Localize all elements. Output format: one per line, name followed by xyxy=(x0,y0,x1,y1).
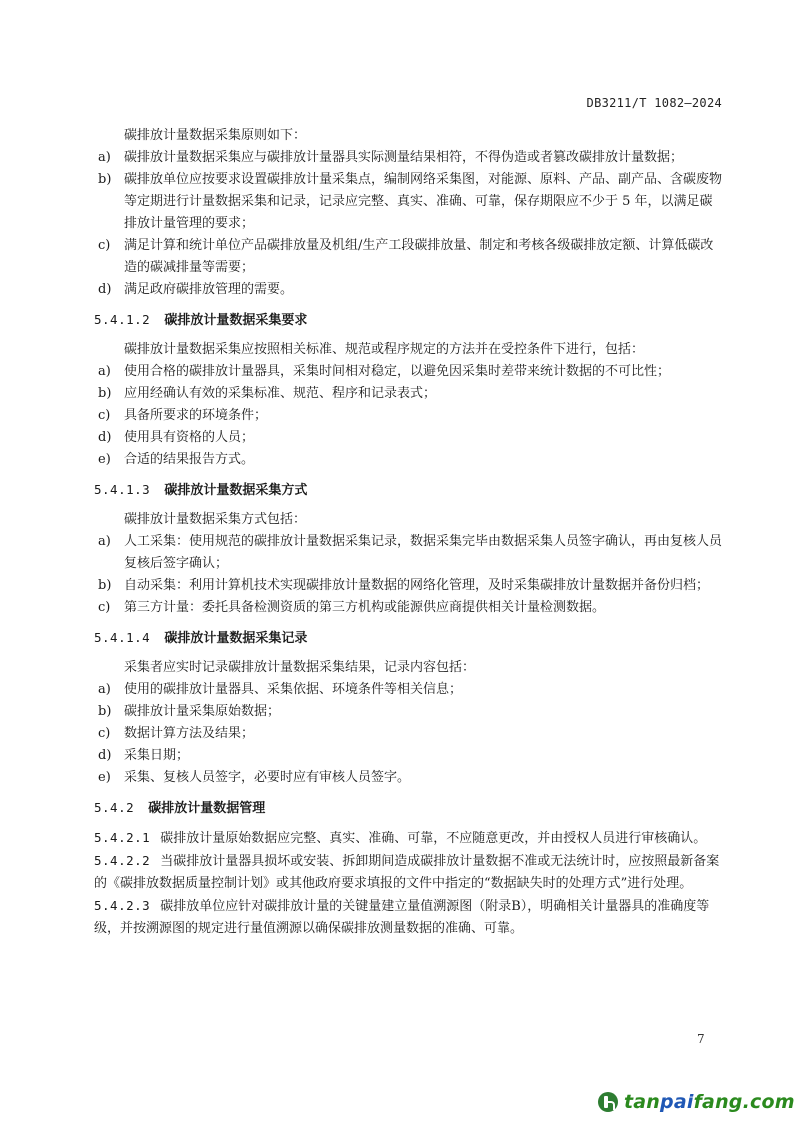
clause-text: 碳排放计量原始数据应完整、真实、准确、可靠，不应随意更改，并由授权人员进行审核确… xyxy=(160,831,706,846)
list-item: e) 合适的结果报告方式。 xyxy=(98,449,724,471)
list-marker: a) xyxy=(98,361,124,383)
list-marker: a) xyxy=(98,531,124,553)
list-marker: d) xyxy=(98,279,124,301)
section-heading-5-4-1-4: 5.4.1.4 碳排放计量数据采集记录 xyxy=(94,628,724,649)
section-number: 5.4.1.4 xyxy=(94,630,150,645)
section-paragraph: 采集者应实时记录碳排放计量数据采集结果，记录内容包括： xyxy=(98,657,724,679)
list-marker: d) xyxy=(98,745,124,767)
list-item: e) 采集、复核人员签字，必要时应有审核人员签字。 xyxy=(98,767,724,789)
watermark-logo: tanpaifang.com xyxy=(598,1091,794,1113)
section-number: 5.4.1.3 xyxy=(94,482,150,497)
watermark-text: tanpaifang.com xyxy=(624,1091,794,1113)
list-marker: e) xyxy=(98,449,124,471)
list-item: d) 满足政府碳排放管理的需要。 xyxy=(98,279,724,301)
list-marker: c) xyxy=(98,723,124,745)
section-title: 碳排放计量数据采集要求 xyxy=(164,313,307,328)
section-heading-5-4-1-2: 5.4.1.2 碳排放计量数据采集要求 xyxy=(94,310,724,331)
list-text: 人工采集：使用规范的碳排放计量数据采集记录，数据采集完毕由数据采集人员签字确认，… xyxy=(124,534,722,571)
list-item: a) 使用合格的碳排放计量器具，采集时间相对稳定，以避免因采集时差带来统计数据的… xyxy=(98,361,724,383)
list-text: 第三方计量：委托具备检测资质的第三方机构或能源供应商提供相关计量检测数据。 xyxy=(124,600,605,615)
list-marker: b) xyxy=(98,383,124,405)
list-text: 数据计算方法及结果； xyxy=(124,726,254,741)
list-text: 使用合格的碳排放计量器具，采集时间相对稳定，以避免因采集时差带来统计数据的不可比… xyxy=(124,364,670,379)
list-marker: c) xyxy=(98,235,124,257)
list-text: 使用的碳排放计量器具、采集依据、环境条件等相关信息； xyxy=(124,682,462,697)
list-item: b) 碳排放计量采集原始数据； xyxy=(98,701,724,723)
section-number: 5.4.1.2 xyxy=(94,312,150,327)
clause-text: 当碳排放计量器具损坏或安装、拆卸期间造成碳排放计量数据不准或无法统计时，应按照最… xyxy=(94,854,719,891)
list-marker: c) xyxy=(98,405,124,427)
intro-paragraph: 碳排放计量数据采集原则如下： xyxy=(98,125,724,147)
section-number: 5.4.2 xyxy=(94,800,134,815)
list-marker: d) xyxy=(98,427,124,449)
clause-number: 5.4.2.2 xyxy=(94,853,150,868)
list-marker: b) xyxy=(98,169,124,191)
tanpaifang-logo-icon xyxy=(598,1092,618,1112)
list-text: 具备所要求的环境条件； xyxy=(124,408,267,423)
document-page: DB3211/T 1082—2024 碳排放计量数据采集原则如下： a) 碳排放… xyxy=(0,0,794,1123)
clause-number: 5.4.2.3 xyxy=(94,898,150,913)
watermark-part-tan: tan xyxy=(624,1091,660,1113)
section-paragraph: 碳排放计量数据采集方式包括： xyxy=(98,509,724,531)
section-heading-5-4-2: 5.4.2 碳排放计量数据管理 xyxy=(94,798,724,819)
list-text: 满足计算和统计单位产品碳排放量及机组/生产工段碳排放量、制定和考核各级碳排放定额… xyxy=(124,238,713,275)
document-body: 碳排放计量数据采集原则如下： a) 碳排放计量数据采集应与碳排放计量器具实际测量… xyxy=(98,125,724,940)
list-item: a) 使用的碳排放计量器具、采集依据、环境条件等相关信息； xyxy=(98,679,724,701)
section-paragraph: 碳排放计量数据采集应按照相关标准、规范或程序规定的方法并在受控条件下进行，包括： xyxy=(98,339,724,361)
clause-5-4-2-3: 5.4.2.3碳排放单位应针对碳排放计量的关键量建立量值溯源图（附录B），明确相… xyxy=(94,895,724,940)
section-title: 碳排放计量数据采集方式 xyxy=(164,483,307,498)
clause-5-4-2-2: 5.4.2.2当碳排放计量器具损坏或安装、拆卸期间造成碳排放计量数据不准或无法统… xyxy=(94,850,724,895)
list-marker: e) xyxy=(98,767,124,789)
list-marker: b) xyxy=(98,575,124,597)
list-text: 碳排放计量采集原始数据； xyxy=(124,704,280,719)
list-item: b) 自动采集：利用计算机技术实现碳排放计量数据的网络化管理，及时采集碳排放计量… xyxy=(98,575,724,597)
list-text: 采集日期； xyxy=(124,748,189,763)
list-text: 满足政府碳排放管理的需要。 xyxy=(124,282,293,297)
list-item: c) 第三方计量：委托具备检测资质的第三方机构或能源供应商提供相关计量检测数据。 xyxy=(98,597,724,619)
list-item: a) 碳排放计量数据采集应与碳排放计量器具实际测量结果相符，不得伪造或者篡改碳排… xyxy=(98,147,724,169)
section-title: 碳排放计量数据管理 xyxy=(148,801,265,816)
list-text: 碳排放计量数据采集应与碳排放计量器具实际测量结果相符，不得伪造或者篡改碳排放计量… xyxy=(124,150,683,165)
list-item: c) 数据计算方法及结果； xyxy=(98,723,724,745)
clause-text: 碳排放单位应针对碳排放计量的关键量建立量值溯源图（附录B），明确相关计量器具的准… xyxy=(94,899,709,936)
list-text: 碳排放单位应按要求设置碳排放计量采集点，编制网络采集图，对能源、原料、产品、副产… xyxy=(124,172,722,231)
list-item: c) 具备所要求的环境条件； xyxy=(98,405,724,427)
list-item: b) 碳排放单位应按要求设置碳排放计量采集点，编制网络采集图，对能源、原料、产品… xyxy=(98,169,724,235)
page-number: 7 xyxy=(697,1032,705,1046)
list-item: b) 应用经确认有效的采集标准、规范、程序和记录表式； xyxy=(98,383,724,405)
watermark-part-fang: fang.com xyxy=(694,1091,794,1113)
list-text: 应用经确认有效的采集标准、规范、程序和记录表式； xyxy=(124,386,436,401)
list-text: 自动采集：利用计算机技术实现碳排放计量数据的网络化管理，及时采集碳排放计量数据并… xyxy=(124,578,709,593)
clause-5-4-2-1: 5.4.2.1碳排放计量原始数据应完整、真实、准确、可靠，不应随意更改，并由授权… xyxy=(94,827,724,850)
list-text: 使用具有资格的人员； xyxy=(124,430,254,445)
document-code: DB3211/T 1082—2024 xyxy=(587,96,722,110)
list-marker: c) xyxy=(98,597,124,619)
list-text: 合适的结果报告方式。 xyxy=(124,452,254,467)
list-item: a) 人工采集：使用规范的碳排放计量数据采集记录，数据采集完毕由数据采集人员签字… xyxy=(98,531,724,575)
list-text: 采集、复核人员签字，必要时应有审核人员签字。 xyxy=(124,770,410,785)
list-marker: a) xyxy=(98,679,124,701)
section-title: 碳排放计量数据采集记录 xyxy=(164,631,307,646)
list-marker: b) xyxy=(98,701,124,723)
list-item: d) 使用具有资格的人员； xyxy=(98,427,724,449)
clause-number: 5.4.2.1 xyxy=(94,830,150,845)
watermark-part-pai: pai xyxy=(660,1091,694,1113)
list-marker: a) xyxy=(98,147,124,169)
section-heading-5-4-1-3: 5.4.1.3 碳排放计量数据采集方式 xyxy=(94,480,724,501)
list-item: d) 采集日期； xyxy=(98,745,724,767)
list-item: c) 满足计算和统计单位产品碳排放量及机组/生产工段碳排放量、制定和考核各级碳排… xyxy=(98,235,724,279)
